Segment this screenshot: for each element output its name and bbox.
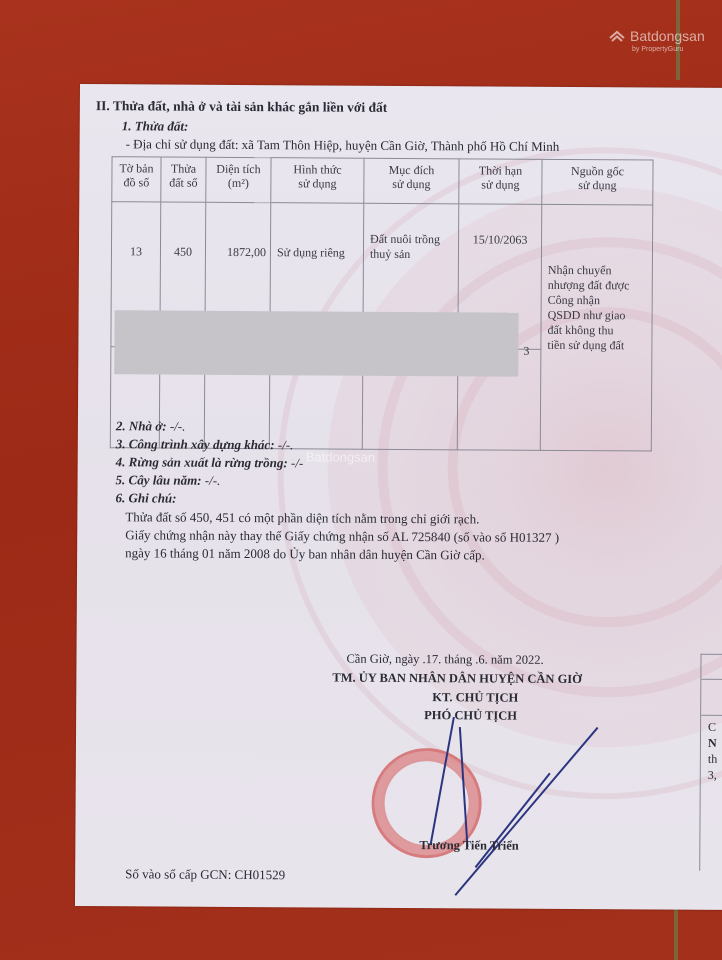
table-header-row: Tờ bảnđồ số Thửađất số Diện tích(m²) Hìn… (112, 157, 653, 205)
item-perennial-trees: 5. Cây lâu năm: -/-. (116, 472, 221, 489)
item-notes: 6. Ghi chú: (115, 490, 176, 506)
land-parcel-table: Tờ bảnđồ số Thửađất số Diện tích(m²) Hìn… (110, 156, 654, 451)
signer-role-1: KT. CHỦ TỊCH (432, 690, 518, 706)
section-title: II. Thửa đất, nhà ở và tài sản khác gắn … (96, 98, 387, 116)
watermark-inline: Batdongsan (306, 449, 375, 464)
issuing-authority: TM. ỦY BAN NHÂN DÂN HUYỆN CẦN GIỜ (332, 671, 582, 688)
header-usage-form: Hình thứcsử dụng (271, 158, 364, 204)
item-planted-forest: 4. Rừng sản xuất là rừng trồng: -/- (116, 454, 304, 471)
land-address: - Địa chỉ sử dụng đất: xã Tam Thôn Hiệp,… (126, 136, 560, 155)
signer-name: Trương Tiến Triển (419, 838, 518, 854)
item-other-construction: 3. Công trình xây dựng khác: -/-. (116, 436, 294, 453)
subsection-title: 1. Thửa đất: (122, 118, 189, 134)
registry-number: Số vào sổ cấp GCN: CH01529 (125, 866, 285, 883)
redacted-fragment: 3 (523, 344, 529, 359)
cell-origin: Nhận chuyển nhượng đất được Công nhận QS… (540, 204, 653, 451)
header-map-sheet: Tờ bảnđồ số (112, 157, 161, 202)
side-fragment: N (708, 736, 717, 751)
note-line: ngày 16 tháng 01 năm 2008 do Ủy ban nhân… (125, 545, 485, 563)
watermark-tagline: by PropertyGuru (632, 46, 705, 53)
header-origin: Nguồn gốcsử dụng (542, 159, 653, 205)
header-term: Thời hạnsử dụng (459, 159, 542, 205)
header-purpose: Mục đíchsử dụng (364, 158, 459, 204)
note-line: Thửa đất số 450, 451 có một phần diện tí… (125, 509, 479, 527)
side-fragment: C (708, 720, 716, 735)
side-fragment: 3, (708, 768, 717, 783)
signer-role-2: PHÓ CHỦ TỊCH (424, 708, 517, 724)
land-certificate-page: II. Thửa đất, nhà ở và tài sản khác gắn … (75, 84, 722, 910)
header-area: Diện tích(m²) (206, 157, 271, 202)
note-line: Giấy chứng nhận này thay thế Giấy chứng … (125, 527, 559, 546)
house-logo-icon (608, 30, 626, 44)
background-edge (674, 905, 678, 960)
header-parcel: Thửađất số (161, 157, 206, 202)
item-house: 2. Nhà ở: -/-. (116, 418, 186, 434)
watermark-brand: Batdongsan (630, 28, 705, 44)
side-fragment: th (708, 752, 717, 767)
redaction-box (114, 310, 518, 376)
watermark-logo: Batdongsan by PropertyGuru (608, 28, 705, 53)
place-date: Cần Giờ, ngày .17. tháng .6. năm 2022. (346, 652, 543, 668)
